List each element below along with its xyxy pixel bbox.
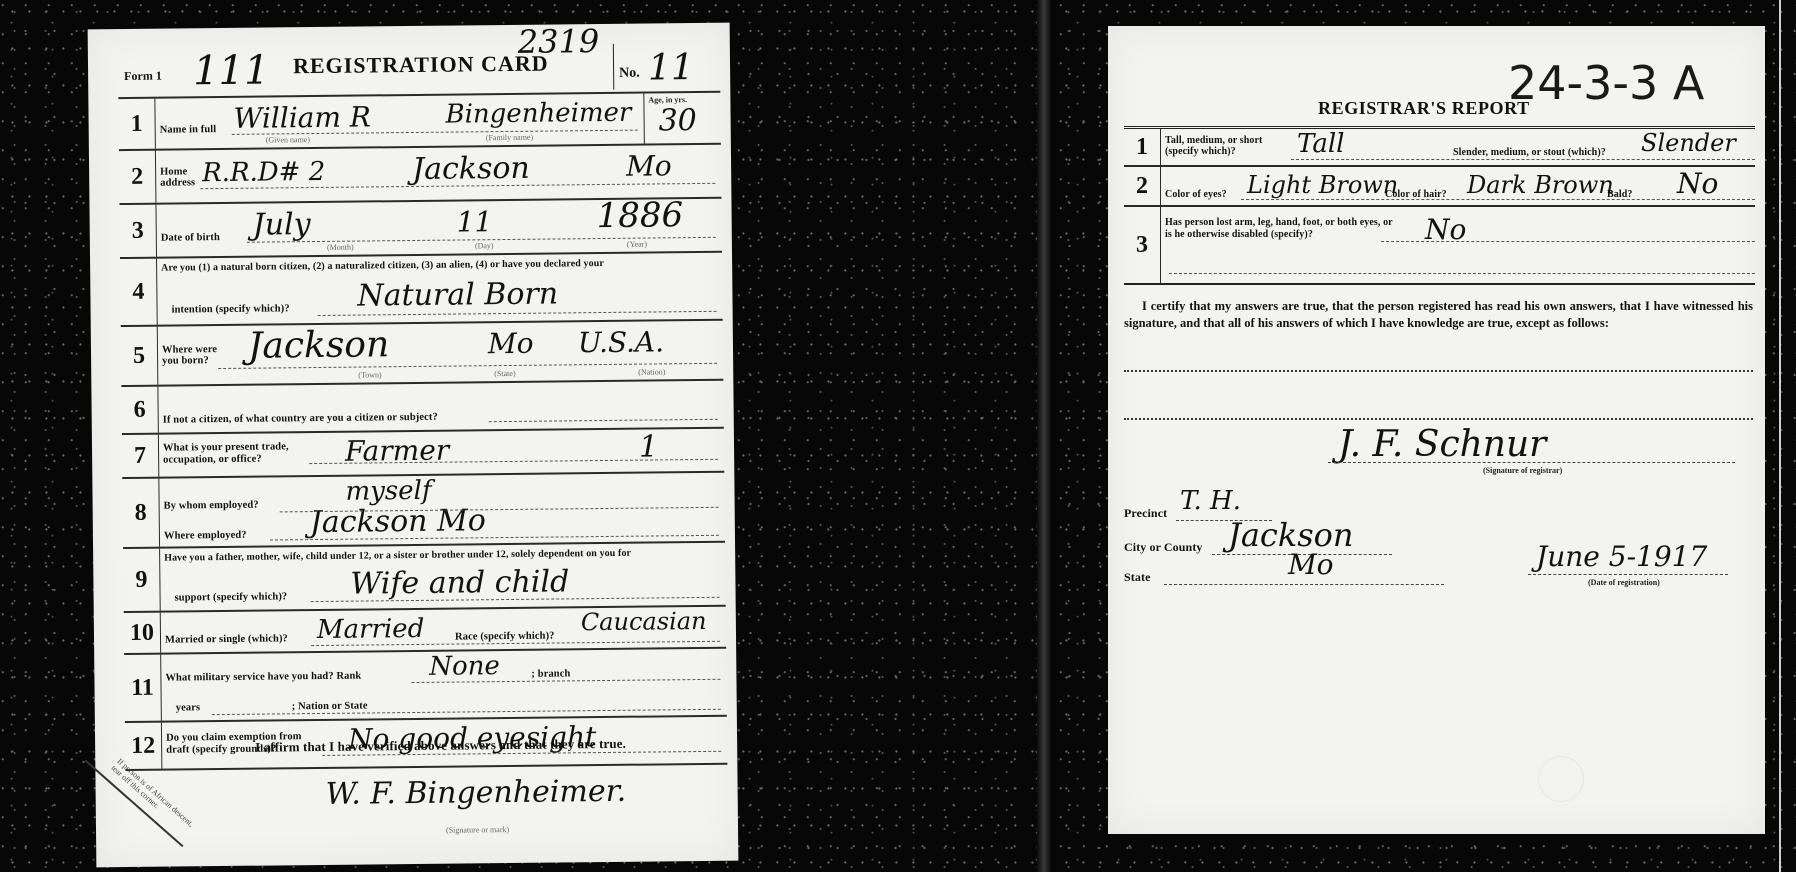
row-number: 10 <box>124 613 161 653</box>
signature-caption: (Signature or mark) <box>446 825 509 835</box>
row-name: 1 Name in full William R Bingenheimer (G… <box>118 91 721 149</box>
birth-day: 11 <box>456 205 492 238</box>
family-name: Bingenheimer <box>445 98 631 130</box>
card-header: Form 1 111 REGISTRATION CARD 2319 No. 11 <box>88 23 731 96</box>
precinct-value: T. H. <box>1180 486 1241 516</box>
report-title: REGISTRAR'S REPORT <box>1318 98 1530 119</box>
occupation-label: What is your present trade, occupation, … <box>163 441 313 467</box>
address-city: Jackson <box>412 151 530 187</box>
row-number: 9 <box>123 549 161 611</box>
day-caption: (Day) <box>475 241 494 250</box>
report-rows: 1 Tall, medium, or short (specify which)… <box>1124 126 1755 285</box>
military-rank-label: What military service have you had? Rank <box>165 671 361 684</box>
address-state: Mo <box>626 149 672 182</box>
birthplace-label: Where were you born? <box>162 344 218 367</box>
employment-place-label: Where employed? <box>164 530 247 542</box>
row-address: 2 Home address R.R.D# 2 Jackson Mo <box>119 143 722 203</box>
dotted-line <box>1528 574 1728 575</box>
nation-caption: (Nation) <box>638 367 665 376</box>
row-number: 5 <box>121 327 159 385</box>
city-label: City or County <box>1124 540 1203 555</box>
citizenship-label: intention (specify which)? <box>172 303 290 315</box>
birth-month: July <box>253 207 311 243</box>
birth-year: 1886 <box>596 195 683 236</box>
row-citizenship: 4 Are you (1) a natural born citizen, (2… <box>120 251 723 325</box>
disability-label: Has person lost arm, leg, hand, foot, or… <box>1165 217 1395 241</box>
dotted-line <box>1381 241 1755 242</box>
date-caption: (Date of registration) <box>1588 578 1660 587</box>
dotted-line <box>1164 584 1444 585</box>
form-label: Form 1 <box>124 69 162 84</box>
registration-card: Form 1 111 REGISTRATION CARD 2319 No. 11… <box>88 23 739 868</box>
row-birth-date: 3 Date of birth July 11 1886 (Month) (Da… <box>119 197 722 257</box>
employer-label: By whom employed? <box>164 500 259 512</box>
dotted-line <box>1241 199 1755 200</box>
hair-color-value: Dark Brown <box>1467 171 1614 199</box>
row-number: 11 <box>124 655 162 721</box>
form-number: 111 <box>193 47 270 94</box>
exceptions-line <box>1124 418 1753 420</box>
age-value: 30 <box>658 103 697 138</box>
bald-value: No <box>1677 167 1718 200</box>
build-value: Slender <box>1641 129 1736 157</box>
citizenship-value: Natural Born <box>357 276 558 313</box>
dependents-label: support (specify which)? <box>175 591 288 603</box>
report-code: 24-3-3 A <box>1508 56 1704 110</box>
row-number: 12 <box>125 723 162 769</box>
address-label: Home address <box>160 166 200 188</box>
state-label: State <box>1124 570 1151 585</box>
military-branch-label: ; branch <box>531 668 570 679</box>
marital-label: Married or single (which)? <box>165 633 288 645</box>
given-name-caption: (Given name) <box>266 135 310 144</box>
row-number: 3 <box>1124 207 1161 283</box>
card-number-value: 11 <box>648 47 694 88</box>
registration-date: June 5-1917 <box>1536 540 1707 573</box>
card-rows: 1 Name in full William R Bingenheimer (G… <box>118 91 727 771</box>
registrant-signature: W. F. Bingenheimer. <box>325 774 626 812</box>
row-number: 2 <box>119 151 157 203</box>
row-foreign-citizenship: 6 If not a citizen, of what country are … <box>121 379 723 433</box>
registrar-signature: J. F. Schnur <box>1338 424 1546 465</box>
race-value: Caucasian <box>581 607 707 636</box>
row-disability: 3 Has person lost arm, leg, hand, foot, … <box>1124 205 1755 285</box>
precinct-label: Precinct <box>1124 506 1167 521</box>
row-birthplace: 5 Where were you born? Jackson Mo U.S.A.… <box>121 319 724 385</box>
address-street: R.R.D# 2 <box>202 157 325 188</box>
birth-town: Jackson <box>248 324 390 366</box>
row-dependents: 9 Have you a father, mother, wife, child… <box>123 541 726 611</box>
dotted-line <box>1291 159 1755 160</box>
card-number-box: No. 11 <box>613 43 718 90</box>
scan-edge-line <box>1779 0 1781 872</box>
family-name-caption: (Family name) <box>486 133 533 142</box>
row-marital-race: 10 Married or single (which)? Married Ra… <box>124 605 726 653</box>
state-caption: (State) <box>494 369 515 378</box>
certification-text: I certify that my answers are true, that… <box>1124 298 1753 332</box>
exceptions-line <box>1124 370 1753 372</box>
birth-date-label: Date of birth <box>161 232 220 244</box>
given-name: William R <box>233 100 371 134</box>
foreign-citizenship-label: If not a citizen, of what country are yo… <box>163 412 438 426</box>
book-spine <box>1037 0 1051 872</box>
citizenship-question: Are you (1) a natural born citizen, (2) … <box>161 258 604 274</box>
row-number: 8 <box>122 479 160 547</box>
name-label: Name in full <box>160 124 217 136</box>
registrars-report-card: 24-3-3 A REGISTRAR'S REPORT 1 Tall, medi… <box>1108 26 1765 834</box>
row-number: 2 <box>1124 167 1161 205</box>
card-number-label: No. <box>619 66 640 82</box>
row-build: 1 Tall, medium, or short (specify which)… <box>1124 126 1755 165</box>
eye-color-label: Color of eyes? <box>1165 189 1227 200</box>
row-number: 1 <box>118 99 156 149</box>
row-number: 1 <box>1124 129 1161 165</box>
marital-value: Married <box>317 614 425 645</box>
employer-value: myself <box>345 476 431 507</box>
dotted-line <box>1169 273 1755 274</box>
military-nation-label: ; Nation or State <box>292 700 368 712</box>
birth-state: Mo <box>488 327 534 360</box>
height-label: Tall, medium, or short (specify which)? <box>1165 135 1295 157</box>
row-number: 6 <box>121 387 158 433</box>
month-caption: (Month) <box>327 243 354 252</box>
race-label: Race (specify which)? <box>455 631 555 643</box>
watermark-stamp-icon <box>1538 756 1584 802</box>
row-coloring: 2 Color of eyes? Light Brown Color of ha… <box>1124 165 1755 205</box>
state-value: Mo <box>1288 548 1334 581</box>
dotted-line <box>1328 462 1735 463</box>
military-rank-value: None <box>429 651 500 682</box>
row-number: 3 <box>119 205 157 257</box>
year-caption: (Year) <box>627 240 647 249</box>
dotted-line <box>212 709 721 715</box>
row-employer: 8 By whom employed? myself Where employe… <box>122 471 725 547</box>
row-number: 7 <box>122 435 159 477</box>
birth-nation: U.S.A. <box>578 325 664 359</box>
dependents-question: Have you a father, mother, wife, child u… <box>164 548 631 564</box>
dependents-value: Wife and child <box>350 564 569 601</box>
row-occupation: 7 What is your present trade, occupation… <box>122 427 724 477</box>
card-title: REGISTRATION CARD <box>293 51 549 80</box>
height-value: Tall <box>1297 129 1344 159</box>
serial-number: 2319 <box>518 22 600 61</box>
dotted-line <box>489 419 718 422</box>
build-label: Slender, medium, or stout (which)? <box>1453 147 1606 158</box>
row-military-service: 11 What military service have you had? R… <box>124 647 727 721</box>
row-number: 4 <box>120 259 158 325</box>
registrar-caption: (Signature of registrar) <box>1483 466 1562 475</box>
eye-color-value: Light Brown <box>1247 171 1398 199</box>
military-years-label: years <box>176 702 201 713</box>
town-caption: (Town) <box>358 370 382 379</box>
age-box: Age, in yrs. 30 <box>644 93 721 144</box>
